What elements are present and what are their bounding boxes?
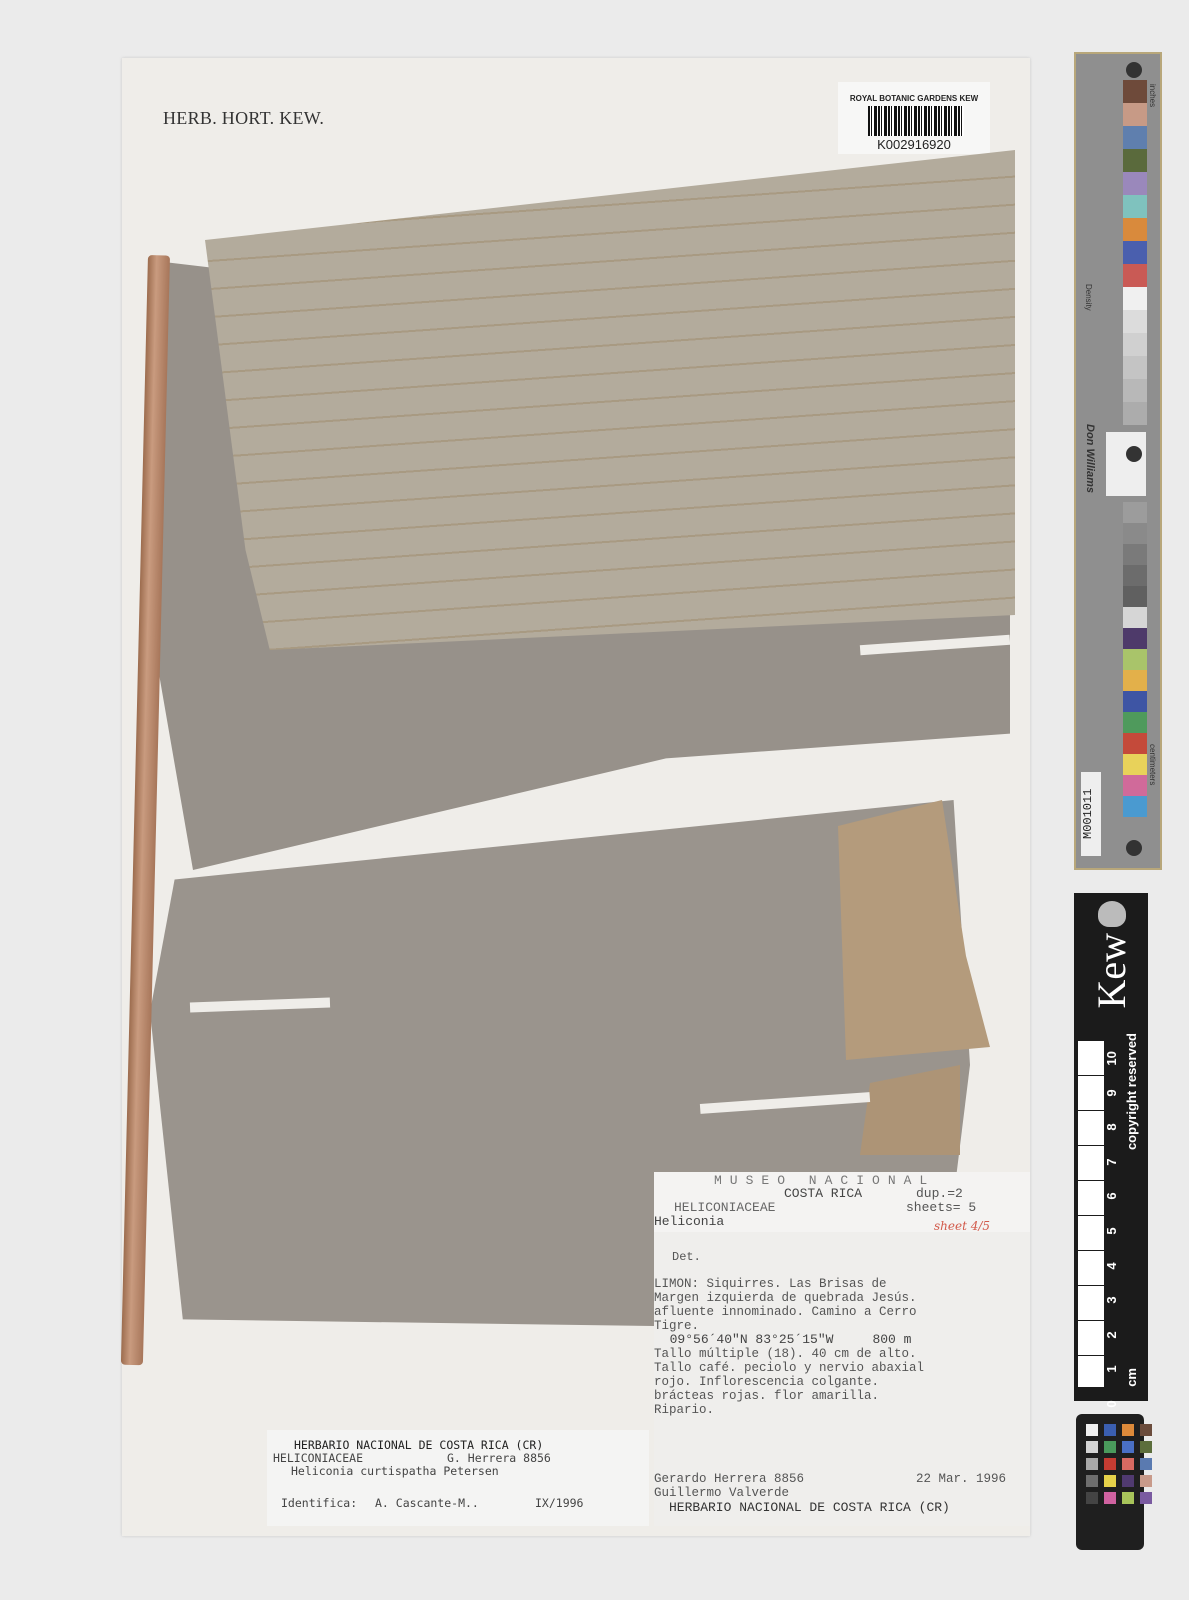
color-swatch (1122, 1492, 1134, 1504)
color-swatch (1123, 775, 1147, 796)
sheets-count: sheets= 5 (906, 1200, 976, 1215)
patch-grid (1086, 1424, 1152, 1504)
color-swatch (1086, 1492, 1098, 1504)
taxon-name: Heliconia curtispatha Petersen (291, 1464, 499, 1478)
duplicates: dup.=2 (916, 1186, 963, 1201)
kew-crest-icon (1098, 901, 1126, 927)
museo-nacional-label: MUSEO NACIONAL COSTA RICA dup.=2 HELICON… (654, 1172, 1030, 1526)
barcode-org: ROYAL BOTANIC GARDENS KEW (838, 94, 990, 103)
locality-text: LIMON: Siquirres. Las Brisas de Margen i… (654, 1277, 1024, 1417)
color-swatch (1122, 1441, 1134, 1453)
color-swatch (1123, 628, 1147, 649)
herbarium-header: HERB. HORT. KEW. (163, 108, 324, 129)
color-swatch (1123, 172, 1147, 195)
color-swatch (1123, 333, 1147, 356)
barcode-label: ROYAL BOTANIC GARDENS KEW K002916920 (838, 82, 990, 154)
barcode-number: K002916920 (838, 137, 990, 152)
color-swatch (1140, 1441, 1152, 1453)
collector-number: G. Herrera 8856 (447, 1451, 551, 1465)
color-swatch (1123, 402, 1147, 425)
identifier-name: A. Cascante-M.. (375, 1496, 479, 1510)
plant-description: Tallo múltiple (18). 40 cm de alto. Tall… (654, 1347, 924, 1417)
unit-label: cm (1124, 1368, 1139, 1387)
color-swatch (1123, 523, 1147, 544)
color-swatch (1123, 195, 1147, 218)
color-swatch (1123, 502, 1147, 523)
color-swatch (1140, 1492, 1152, 1504)
collection-date: 22 Mar. 1996 (916, 1472, 1006, 1486)
color-swatch (1123, 80, 1147, 103)
scale-number: 6 (1104, 1179, 1119, 1214)
color-swatch (1086, 1458, 1098, 1470)
color-swatch (1123, 607, 1147, 628)
color-swatch (1086, 1441, 1098, 1453)
color-swatch (1086, 1475, 1098, 1487)
color-swatch (1104, 1492, 1116, 1504)
color-swatch (1123, 241, 1147, 264)
color-swatch (1123, 670, 1147, 691)
color-swatch (1123, 310, 1147, 333)
locality: LIMON: Siquirres. Las Brisas de Margen i… (654, 1277, 917, 1333)
scale-number: 10 (1104, 1041, 1119, 1076)
swatch-column-top (1123, 80, 1147, 425)
color-swatch (1123, 565, 1147, 586)
scale-number: 1 (1104, 1352, 1119, 1387)
color-swatch (1123, 264, 1147, 287)
scale-number: 8 (1104, 1110, 1119, 1145)
genus-name: Heliconia (654, 1214, 724, 1229)
color-swatch (1140, 1424, 1152, 1436)
kew-scale-bar: Kew copyright reserved 109876543210 cm (1074, 893, 1148, 1401)
color-swatch (1123, 149, 1147, 172)
scale-numbers: 109876543210 (1104, 1041, 1122, 1422)
scale-number: 9 (1104, 1076, 1119, 1111)
identification-date: IX/1996 (535, 1496, 583, 1510)
color-swatch (1123, 691, 1147, 712)
copyright-text: copyright reserved (1124, 1033, 1139, 1150)
coordinates-elevation: 09°56´40"N 83°25´15"W 800 m (654, 1332, 911, 1347)
swatch-column-bottom (1123, 502, 1147, 817)
label-title: HERBARIO NACIONAL DE COSTA RICA (CR) (294, 1438, 543, 1452)
color-swatch (1123, 712, 1147, 733)
color-patch-card (1076, 1414, 1144, 1550)
color-swatch (1086, 1424, 1098, 1436)
color-swatch (1123, 544, 1147, 565)
color-swatch (1123, 356, 1147, 379)
color-swatch (1123, 733, 1147, 754)
kew-logo: Kew (1088, 933, 1135, 1009)
bar-hole-icon (1126, 446, 1142, 462)
color-swatch (1123, 649, 1147, 670)
density-label: Density (1084, 284, 1093, 311)
family-name: HELICONIACEAE (674, 1200, 775, 1215)
scale-number: 5 (1104, 1214, 1119, 1249)
color-swatch (1123, 754, 1147, 775)
inches-label: inches (1148, 84, 1157, 107)
scale-number: 3 (1104, 1283, 1119, 1318)
color-swatch (1123, 218, 1147, 241)
color-swatch (1104, 1458, 1116, 1470)
color-swatch (1122, 1424, 1134, 1436)
determination-field: Det. (672, 1250, 701, 1264)
determination-label: HERBARIO NACIONAL DE COSTA RICA (CR) HEL… (267, 1430, 649, 1526)
color-swatch (1123, 796, 1147, 817)
scale-number: 7 (1104, 1145, 1119, 1180)
scale-number: 4 (1104, 1249, 1119, 1284)
bar-hole-icon (1126, 840, 1142, 856)
color-swatch (1122, 1475, 1134, 1487)
identified-by-label: Identifica: (281, 1496, 357, 1510)
color-swatch (1122, 1458, 1134, 1470)
color-swatch (1104, 1441, 1116, 1453)
country: COSTA RICA (784, 1186, 862, 1201)
color-calibration-bar: inches Density Don Williams M001011 cent… (1074, 52, 1162, 870)
chart-id: M001011 (1081, 772, 1101, 856)
scale-number: 2 (1104, 1318, 1119, 1353)
herbarium-name: HERBARIO NACIONAL DE COSTA RICA (CR) (669, 1500, 950, 1515)
color-swatch (1104, 1424, 1116, 1436)
brand-label: Don Williams (1084, 424, 1096, 493)
color-swatch (1123, 126, 1147, 149)
centimeters-label: centimeters (1148, 744, 1157, 785)
color-swatch (1123, 287, 1147, 310)
scale-ruler (1078, 1041, 1104, 1387)
color-swatch (1140, 1458, 1152, 1470)
color-swatch (1104, 1475, 1116, 1487)
barcode-icon (868, 106, 964, 136)
collector: Gerardo Herrera 8856 (654, 1472, 804, 1486)
co-collector: Guillermo Valverde (654, 1486, 789, 1500)
gray-target (1106, 432, 1146, 496)
bar-hole-icon (1126, 62, 1142, 78)
color-swatch (1123, 103, 1147, 126)
family-name: HELICONIACEAE (273, 1451, 363, 1465)
color-swatch (1123, 586, 1147, 607)
color-swatch (1140, 1475, 1152, 1487)
handwritten-sheet-number: sheet 4/5 (934, 1219, 990, 1233)
color-swatch (1123, 379, 1147, 402)
